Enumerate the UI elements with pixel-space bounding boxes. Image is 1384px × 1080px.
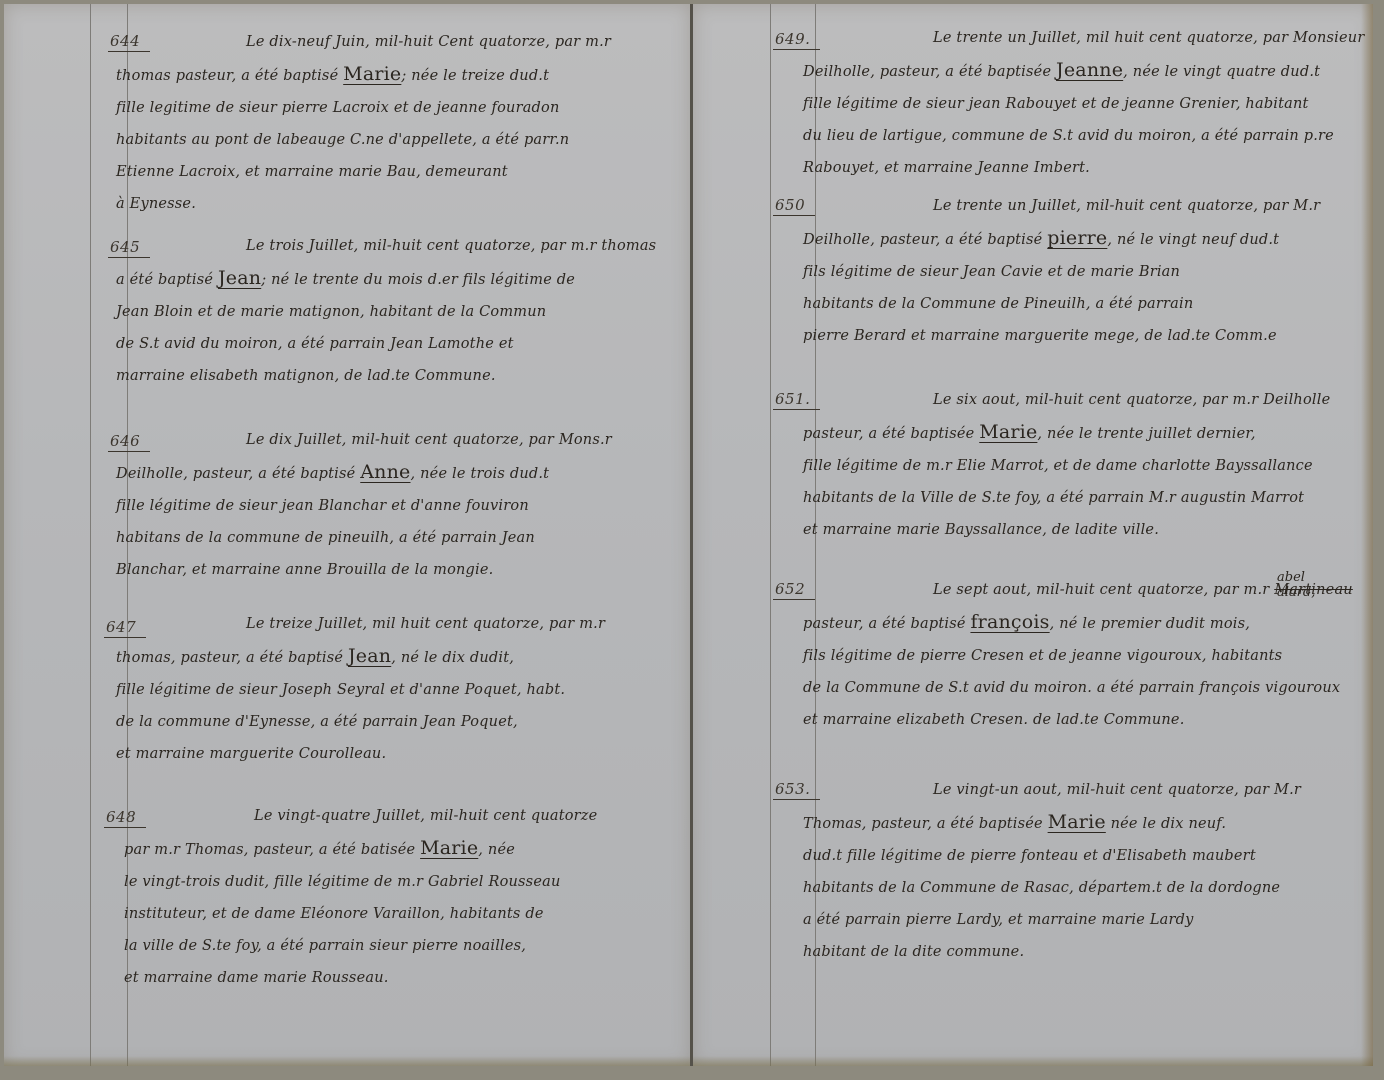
page-edge bbox=[693, 1056, 1373, 1066]
child-name: Jean bbox=[348, 645, 391, 667]
entry-text: Le sept aout, mil-huit cent quatorze, pa… bbox=[803, 574, 1353, 736]
entry-text: Le six aout, mil-huit cent quatorze, par… bbox=[803, 384, 1330, 546]
child-name: Anne bbox=[360, 461, 410, 483]
child-name: françois bbox=[970, 611, 1049, 633]
entry-text: Le treize Juillet, mil huit cent quatorz… bbox=[116, 608, 605, 770]
child-name: Marie bbox=[420, 837, 478, 859]
entry-text: Le dix-neuf Juin, mil-huit Cent quatorze… bbox=[116, 26, 611, 220]
child-name: Jean bbox=[218, 267, 261, 289]
child-name: Jeanne bbox=[1056, 59, 1123, 81]
left-page: 644 Le dix-neuf Juin, mil-huit Cent quat… bbox=[4, 4, 693, 1066]
child-name: Marie bbox=[1048, 811, 1106, 833]
entry-text: Le vingt-quatre Juillet, mil-huit cent q… bbox=[124, 800, 597, 994]
struck-text: Martineau bbox=[1274, 582, 1353, 598]
entry-text: Le trente un Juillet, mil huit cent quat… bbox=[803, 22, 1364, 184]
margin-rule bbox=[770, 4, 771, 1066]
entry-text: Le trois Juillet, mil-huit cent quatorze… bbox=[116, 230, 656, 392]
margin-rule bbox=[90, 4, 91, 1066]
right-page: 649. Le trente un Juillet, mil huit cent… bbox=[693, 4, 1373, 1066]
entry-text: Le dix Juillet, mil-huit cent quatorze, … bbox=[116, 424, 612, 586]
child-name: Marie bbox=[979, 421, 1037, 443]
page-edge bbox=[4, 1056, 690, 1066]
child-name: pierre bbox=[1047, 227, 1107, 249]
entry-text: Le vingt-un aout, mil-huit cent quatorze… bbox=[803, 774, 1301, 968]
register-spread: 644 Le dix-neuf Juin, mil-huit Cent quat… bbox=[0, 0, 1384, 1080]
child-name: Marie bbox=[343, 63, 401, 85]
entry-text: Le trente un Juillet, mil-huit cent quat… bbox=[803, 190, 1320, 352]
